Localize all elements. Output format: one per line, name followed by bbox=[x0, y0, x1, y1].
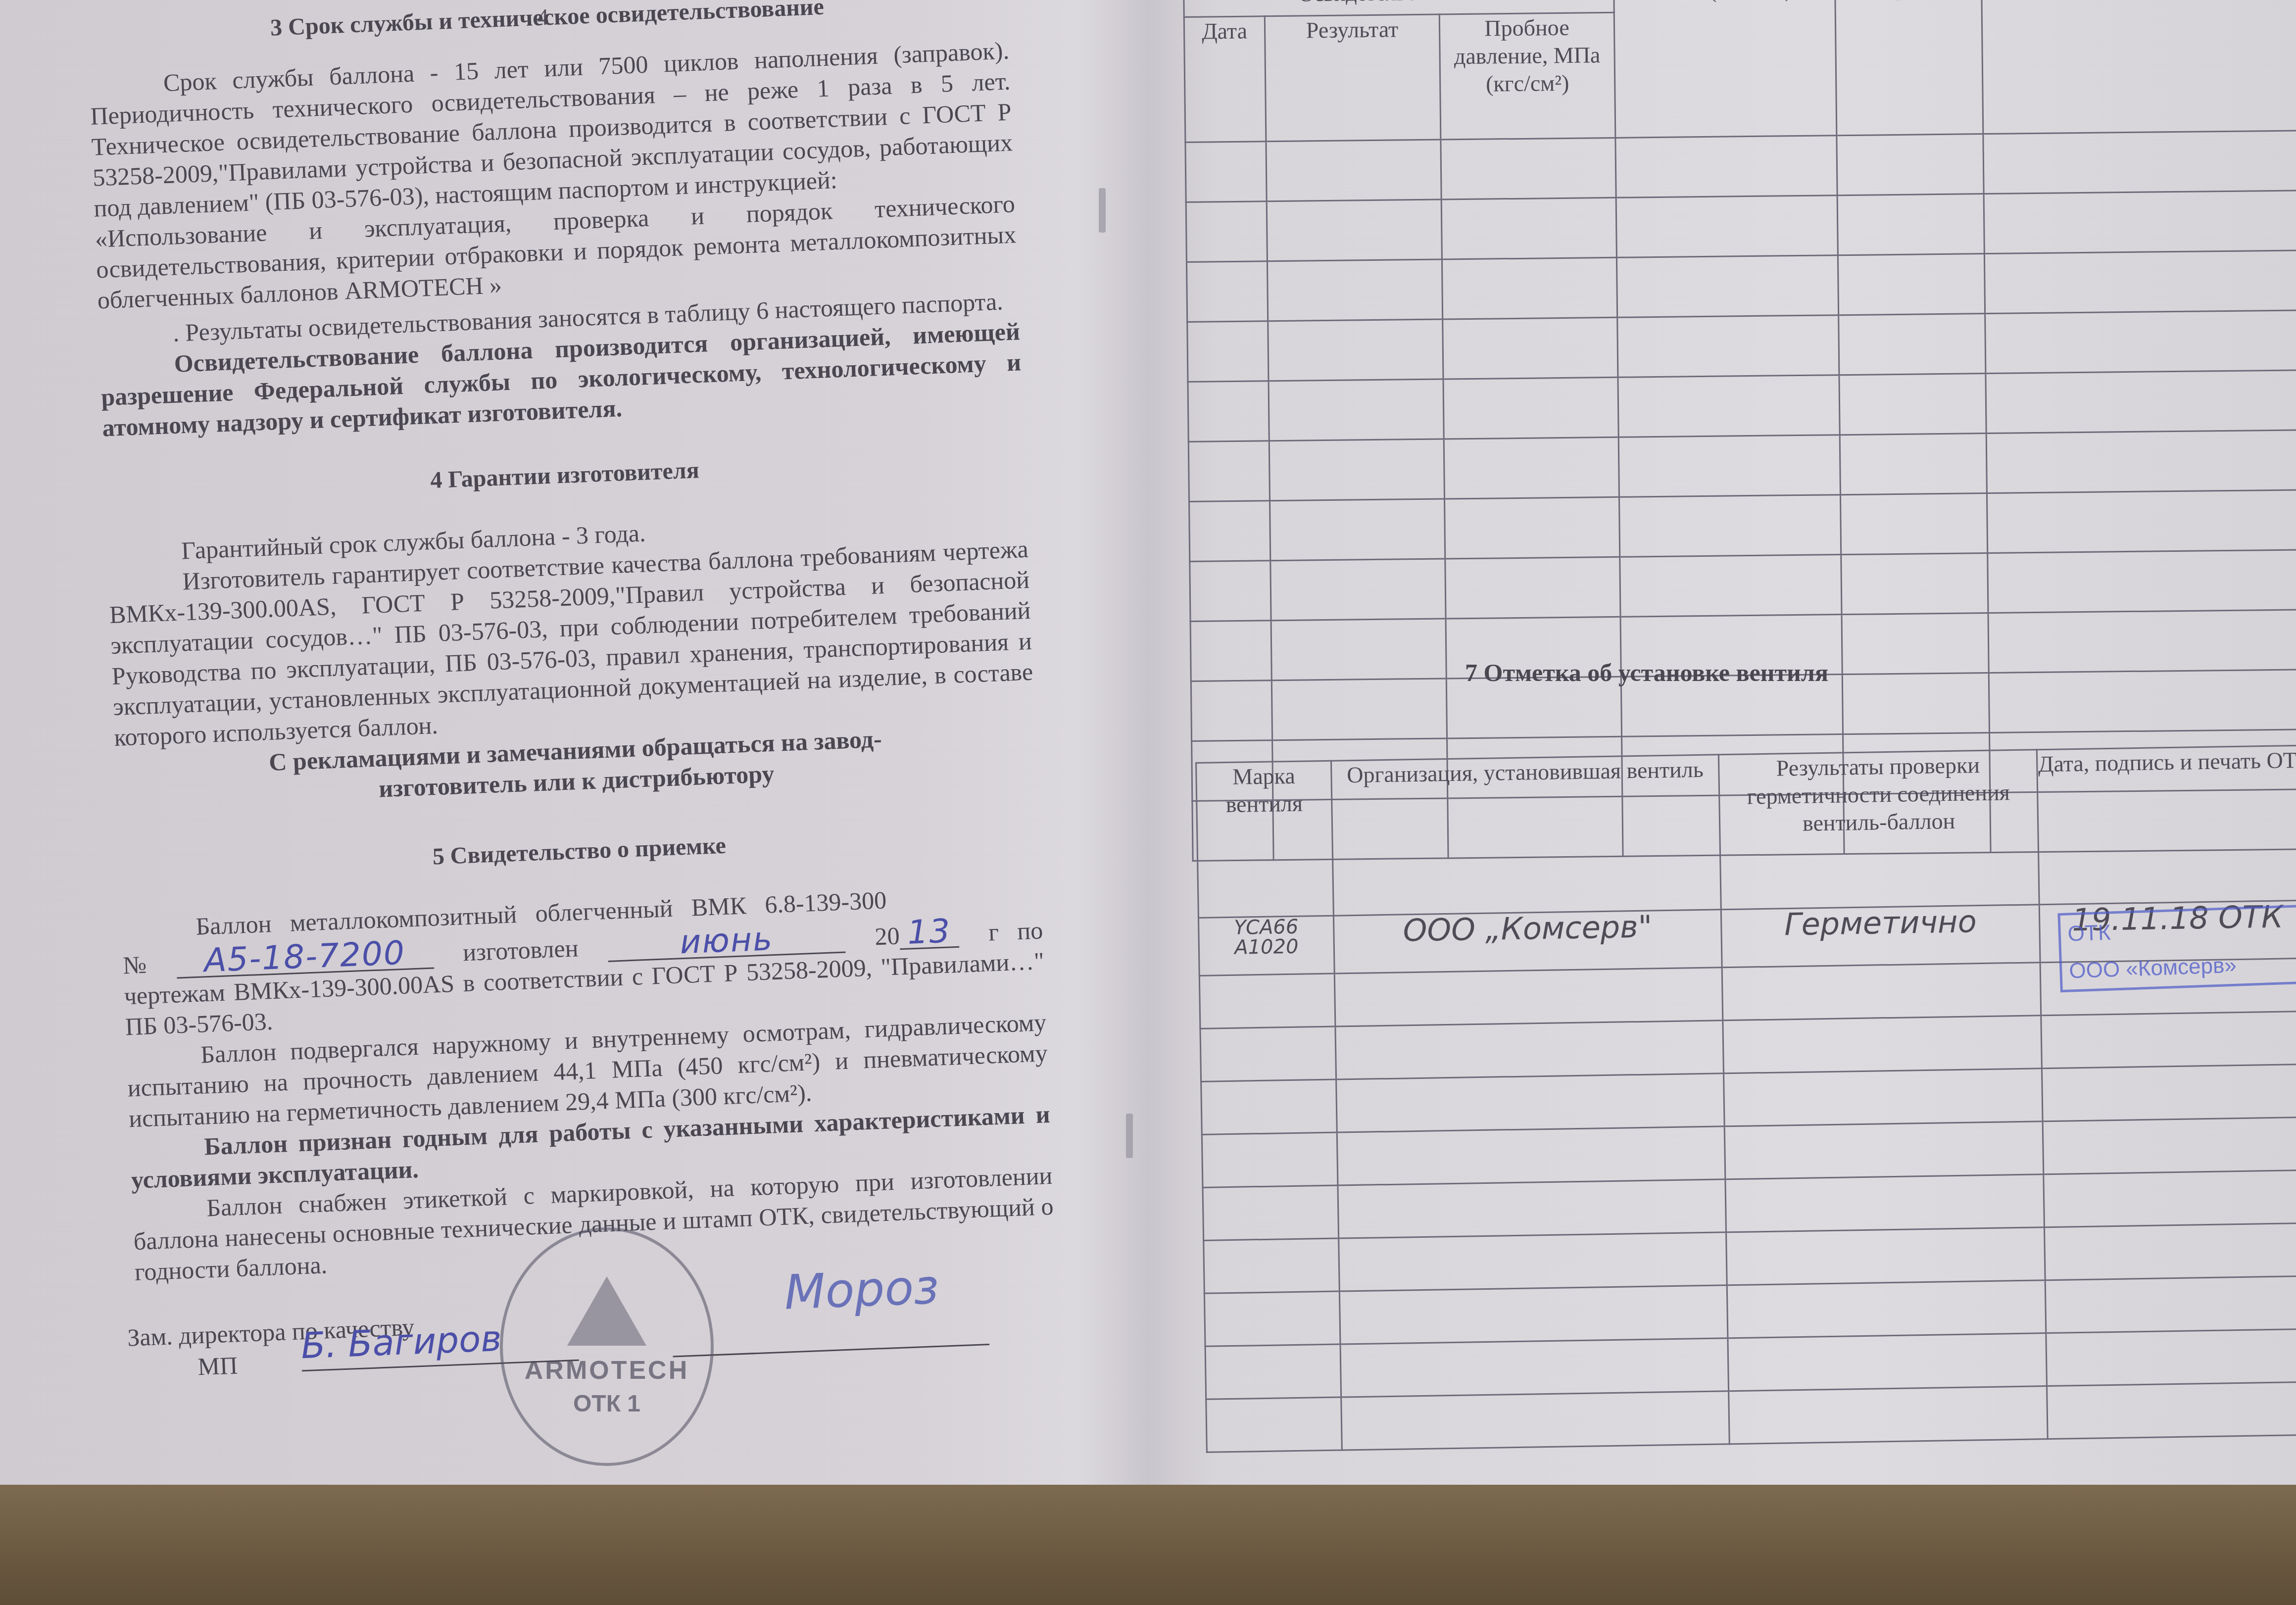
table-cell bbox=[1842, 613, 1989, 675]
table-cell bbox=[1337, 1126, 1725, 1185]
table6-header-next: освидетельствования bbox=[1982, 0, 2296, 134]
table-cell bbox=[1618, 435, 1840, 497]
table-cell bbox=[1266, 140, 1441, 201]
table-cell bbox=[1206, 1397, 1342, 1452]
staple-top bbox=[1099, 188, 1106, 233]
table-cell bbox=[1199, 973, 1335, 1028]
table-cell bbox=[1838, 254, 1985, 315]
table-cell bbox=[1189, 501, 1270, 562]
table-cell bbox=[2044, 1170, 2296, 1227]
table-cell: YCA66 A1020 bbox=[1198, 916, 1334, 975]
table-row bbox=[1187, 310, 2296, 382]
section-7-title: 7 Отметка об установке вентиля bbox=[1465, 658, 1828, 687]
table-cell bbox=[1988, 549, 2296, 613]
table6-header-result: Результат bbox=[1265, 14, 1441, 142]
table-cell bbox=[1729, 1386, 2048, 1444]
table-cell bbox=[1341, 1391, 1730, 1450]
table7-header-otk: Дата, подпись и печать ОТК bbox=[2037, 745, 2296, 905]
table-cell bbox=[2043, 1117, 2296, 1174]
table-cell bbox=[1271, 679, 1447, 740]
table-cell bbox=[1444, 437, 1619, 499]
table-cell bbox=[1616, 255, 1838, 318]
table-cell bbox=[1725, 1174, 2045, 1232]
table-cell bbox=[1984, 191, 2296, 254]
table6-header-test-pressure: Пробное давление, МПа (кгс/см²) bbox=[1439, 12, 1615, 140]
table-cell bbox=[1841, 553, 1988, 615]
table-cell bbox=[1837, 134, 1984, 195]
armotech-round-stamp: ARMOTECH ОТК 1 bbox=[500, 1227, 714, 1466]
valve-installation-table: Марка вентиля Организация, установившая … bbox=[1195, 745, 2296, 1453]
signature-line-2 bbox=[673, 1344, 990, 1358]
table-cell bbox=[1986, 370, 2296, 433]
table-cell bbox=[1985, 310, 2296, 373]
table-cell bbox=[1723, 1016, 2042, 1073]
table-cell bbox=[2042, 1064, 2296, 1121]
left-page: 4 3 Срок службы и техническое освидетель… bbox=[0, 0, 1089, 1490]
table-cell bbox=[1445, 497, 1620, 559]
stamp-dept: ОТК 1 bbox=[573, 1390, 640, 1417]
table-cell bbox=[2044, 1223, 2296, 1280]
table6-header-license: лицензия bbox=[1835, 0, 1983, 136]
table-row bbox=[1189, 489, 2296, 561]
table-cell bbox=[1205, 1344, 1341, 1399]
table-cell bbox=[1202, 1132, 1338, 1187]
table-cell bbox=[1204, 1291, 1340, 1346]
table-cell bbox=[1726, 1227, 2046, 1285]
table-row bbox=[1188, 370, 2296, 441]
table-cell bbox=[1339, 1232, 1727, 1291]
table-cell bbox=[1842, 673, 1990, 734]
table-cell bbox=[1840, 434, 1987, 495]
staple-bottom bbox=[1126, 1114, 1133, 1158]
table-cell bbox=[1336, 1073, 1725, 1132]
table-cell bbox=[1615, 136, 1837, 198]
stamp-brand: ARMOTECH bbox=[525, 1356, 689, 1385]
armotech-logo-icon bbox=[567, 1276, 646, 1346]
otk-stamp-org: ООО «Комсерв» bbox=[2069, 949, 2296, 983]
table7-header-valve-brand: Марка вентиля bbox=[1196, 761, 1334, 918]
table-cell bbox=[1983, 131, 2296, 194]
section-4-guarantee: Изготовитель гарантирует соответствие ка… bbox=[108, 534, 1035, 753]
table-cell bbox=[1727, 1280, 2046, 1338]
table-cell bbox=[2046, 1329, 2296, 1386]
signature-right: Мороз bbox=[784, 1271, 939, 1308]
table-cell bbox=[1203, 1185, 1339, 1240]
signature-left: Б. Багиров bbox=[300, 1323, 502, 1362]
table-cell bbox=[1188, 381, 1269, 442]
table-cell bbox=[1190, 621, 1271, 681]
table-cell bbox=[1617, 315, 1839, 378]
table-cell bbox=[1722, 963, 2041, 1021]
table6-header-date: Дата bbox=[1184, 16, 1266, 143]
table-cell bbox=[1985, 250, 2296, 314]
table-row bbox=[1185, 131, 2296, 202]
table-cell bbox=[1441, 197, 1616, 259]
table-cell bbox=[1443, 317, 1618, 379]
table-cell bbox=[1724, 1121, 2044, 1179]
table-cell bbox=[1187, 321, 1269, 382]
year-suffix: г по bbox=[988, 915, 1043, 947]
table-cell bbox=[1271, 619, 1446, 681]
table-cell bbox=[1441, 138, 1616, 199]
table-cell bbox=[1989, 669, 2296, 732]
table-cell bbox=[1616, 195, 1838, 258]
table-cell bbox=[1186, 201, 1267, 262]
table-cell bbox=[1185, 142, 1267, 202]
section-4-title: 4 Гарантии изготовителя bbox=[104, 442, 1026, 508]
table-cell bbox=[1338, 1179, 1726, 1238]
table-cell bbox=[1728, 1333, 2047, 1391]
otk-rectangular-stamp: ОТК ООО «Комсерв» bbox=[2057, 903, 2296, 992]
table-cell bbox=[1269, 379, 1444, 441]
table-cell bbox=[1267, 259, 1442, 321]
table-cell bbox=[1837, 194, 1985, 255]
inspection-table: Освидетельствование МПа (кгс/см²) лиценз… bbox=[1183, 0, 2296, 862]
table-cell bbox=[1986, 430, 2296, 493]
right-page: Освидетельствование МПа (кгс/см²) лиценз… bbox=[1148, 0, 2296, 1490]
table-cell: Герметично bbox=[1721, 905, 2040, 968]
table-cell bbox=[2047, 1382, 2296, 1439]
table-row bbox=[1186, 191, 2296, 262]
otk-stamp-label: ОТК bbox=[2067, 912, 2296, 947]
table-row bbox=[1188, 430, 2296, 501]
table-cell bbox=[1838, 314, 1986, 375]
table-surface bbox=[0, 1485, 2296, 1605]
table-cell bbox=[1268, 319, 1443, 381]
table-cell bbox=[1270, 499, 1445, 561]
table-cell bbox=[1186, 261, 1268, 322]
stamp-place-label: МП bbox=[197, 1350, 238, 1382]
table-cell bbox=[1191, 681, 1272, 741]
table-cell bbox=[1269, 439, 1444, 501]
table-cell bbox=[1200, 1026, 1336, 1081]
table-row bbox=[1186, 250, 2296, 322]
table-cell bbox=[1334, 968, 1723, 1026]
table-cell bbox=[1270, 559, 1446, 621]
section-3: 3 Срок службы и техническое освидетельст… bbox=[87, 0, 1060, 1401]
table7-header-organization: Организация, установившая вентиль bbox=[1331, 755, 1721, 916]
table-cell bbox=[1201, 1079, 1337, 1134]
table7-header-leak-test: Результаты проверки герметичности соедин… bbox=[1718, 750, 2039, 910]
table-cell bbox=[1204, 1238, 1340, 1293]
section-5-title: 5 Свидетельство о приемке bbox=[119, 818, 1040, 884]
table-row bbox=[1190, 549, 2296, 621]
table-cell bbox=[1839, 374, 1987, 435]
table6-header-pressure: МПа (кгс/см²) bbox=[1613, 0, 1836, 138]
table-cell bbox=[1724, 1069, 2043, 1126]
table-cell bbox=[1190, 561, 1271, 622]
made-label: изготовлен bbox=[462, 932, 579, 968]
year-prefix: 20 bbox=[875, 922, 900, 950]
table-cell bbox=[1339, 1285, 1728, 1344]
table-cell bbox=[2041, 1011, 2296, 1069]
number-label: № bbox=[122, 949, 147, 981]
table-cell bbox=[1267, 199, 1442, 261]
year-field: 13 bbox=[899, 916, 959, 950]
table-cell bbox=[1340, 1338, 1729, 1397]
table-cell bbox=[1840, 493, 1988, 555]
table-cell bbox=[1188, 441, 1270, 502]
table-cell bbox=[1619, 495, 1841, 557]
table-cell bbox=[1618, 375, 1840, 438]
table-cell: ООО „Комсерв" bbox=[1333, 910, 1722, 973]
table-cell bbox=[1620, 555, 1842, 617]
table-cell bbox=[1442, 257, 1617, 319]
table-cell bbox=[1988, 609, 2296, 673]
table-cell bbox=[1443, 377, 1618, 439]
table-cell bbox=[2045, 1276, 2296, 1333]
table-cell bbox=[1445, 557, 1620, 619]
table-cell bbox=[1335, 1021, 1724, 1079]
table-cell bbox=[1987, 489, 2296, 553]
